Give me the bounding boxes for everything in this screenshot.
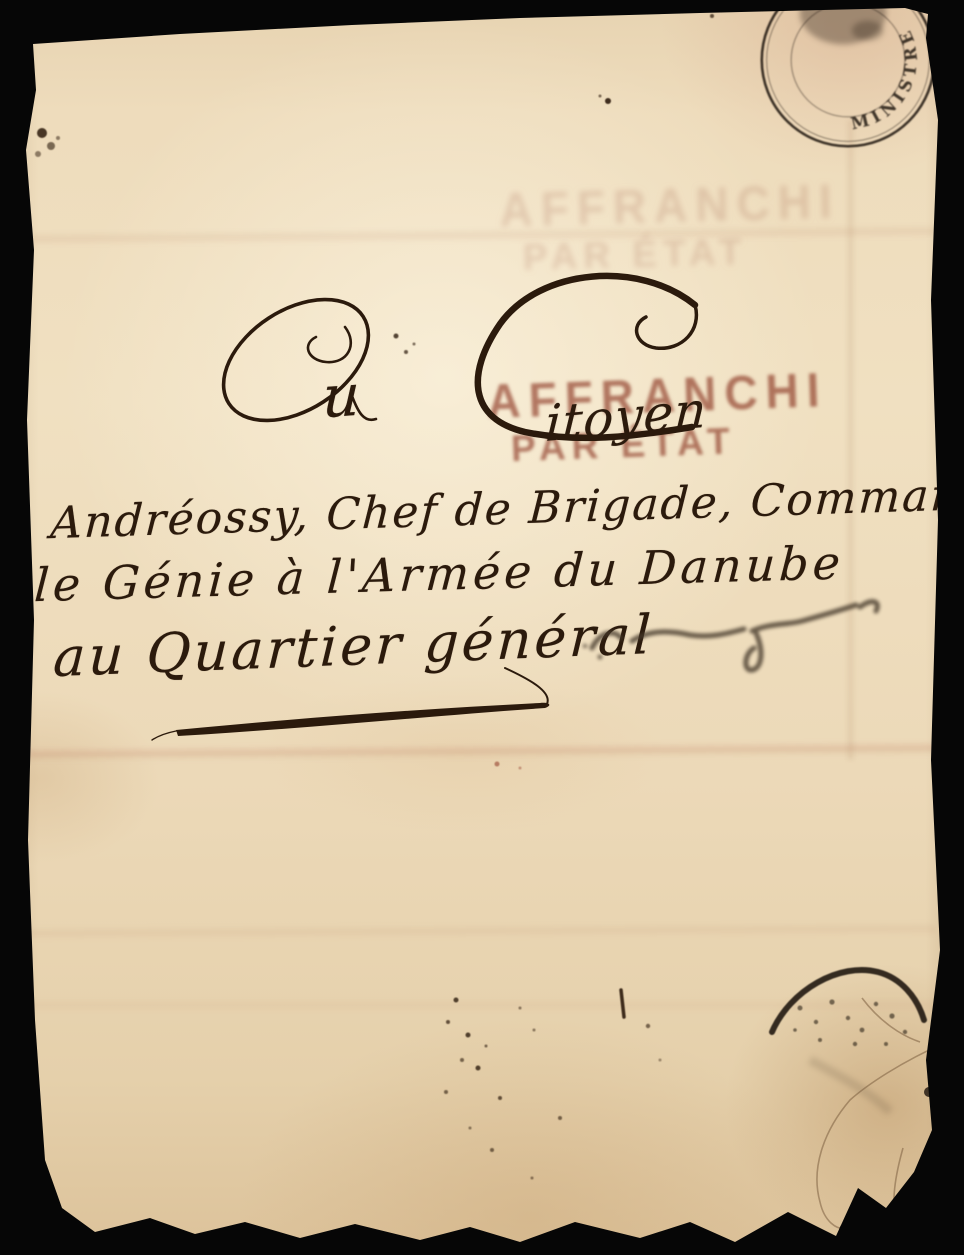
fold-crease-lower — [28, 924, 936, 940]
address-line-3: au Quartier général — [52, 603, 655, 689]
franchise-stamp-ghost: AFFRANCHI PAR ÉTAT — [499, 176, 842, 280]
paper-creases-bottom-right — [817, 998, 938, 1238]
ministry-seal-stamp: MINISTRE — [750, 0, 946, 158]
salutation-word-au: Au — [280, 360, 361, 434]
letter-sheet: MINISTRE AFFRANCHI PAR ÉTAT AFFRANCHI PA… — [0, 0, 964, 1255]
franchise-ghost-line2: PAR ÉTAT — [522, 229, 841, 279]
address-line-2: le Génie à l'Armée du Danube — [33, 535, 846, 612]
fold-crease-bottom — [28, 1000, 936, 1011]
seal-ink-smudge — [800, 0, 886, 44]
fold-crease-vertical — [846, 120, 855, 760]
franchise-ghost-line1: AFFRANCHI — [499, 174, 841, 235]
arrival-stamp-fragment — [772, 970, 924, 1112]
fold-crease-middle — [28, 743, 936, 760]
